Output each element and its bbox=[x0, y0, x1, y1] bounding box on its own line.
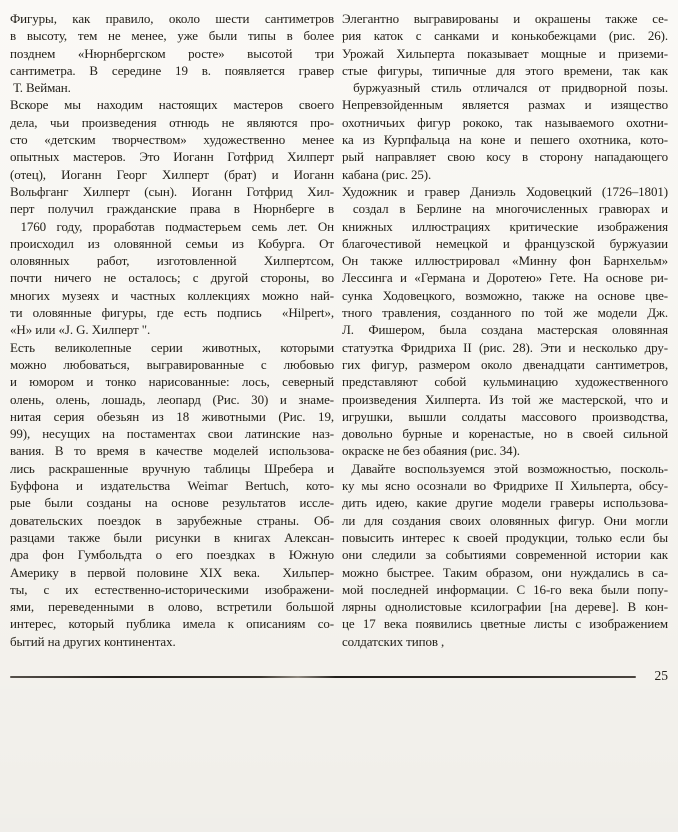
text-line: Он также иллюстрировал «Минну фон Барнхе… bbox=[342, 252, 668, 269]
text-line: солдатских типов , bbox=[342, 633, 668, 650]
text-line: сантиметра. В середине 19 в. появляется … bbox=[10, 62, 334, 79]
text-line: благочестивой немецкой и французской бур… bbox=[342, 235, 668, 252]
text-column-right: Элегантно выгравированы и окрашены также… bbox=[342, 10, 668, 650]
text-line: представляют собой кульминацию художеств… bbox=[342, 373, 668, 390]
text-line: буржуазный стиль отличался от придворной… bbox=[342, 79, 668, 96]
text-line: вания. В то время в качестве моделей исп… bbox=[10, 442, 334, 459]
text-line: ку мы ясно осознали во Фридрихе II Хильп… bbox=[342, 477, 668, 494]
text-line: они следили за событиями современной ист… bbox=[342, 546, 668, 563]
text-line: можно любоваться, выгравированные с любо… bbox=[10, 356, 334, 373]
text-line: дра фон Гумбольдта о его поездках в Южну… bbox=[10, 546, 334, 563]
text-line: рые были созданы на основе результатов и… bbox=[10, 494, 334, 511]
book-page: Фигуры, как правило, около шести сантиме… bbox=[0, 0, 678, 832]
text-line: довольно бурные и коренастые, но в своей… bbox=[342, 425, 668, 442]
text-line: Вольфганг Хилперт (сын). Иоганн Готфрид … bbox=[10, 183, 334, 200]
text-line: Америку в первой половине XIX века. Хиль… bbox=[10, 564, 334, 581]
text-line: довательских поездок в зарубежные страны… bbox=[10, 512, 334, 529]
text-line: (отец), Иоганн Георг Хилперт (брат) и Ио… bbox=[10, 166, 334, 183]
text-line: опытных мастеров. Это Иоганн Готфрид Хил… bbox=[10, 148, 334, 165]
text-line: стые фигуры, типичные для этого времени,… bbox=[342, 62, 668, 79]
text-line: мой последней информации. С 16-го века б… bbox=[342, 581, 668, 598]
text-line: перт получил гражданские права в Нюрнбер… bbox=[10, 200, 334, 217]
text-line: почти ничего не осталось; с другой сторо… bbox=[10, 269, 334, 286]
text-line: Буффона и издательства Weimar Bertuch, к… bbox=[10, 477, 334, 494]
text-line: Есть великолепные серии животных, которы… bbox=[10, 339, 334, 356]
text-line: рый направляет свою косу в сторону напад… bbox=[342, 148, 668, 165]
text-line: Фигуры, как правило, около шести сантиме… bbox=[10, 10, 334, 27]
text-line: Непревзойденным является размах и изящес… bbox=[342, 96, 668, 113]
text-line: Элегантно выгравированы и окрашены также… bbox=[342, 10, 668, 27]
text-line: окраске не без обаяния (рис. 34). bbox=[342, 442, 668, 459]
text-line: ями, переведенными в олово, встретили бо… bbox=[10, 598, 334, 615]
text-line: повысить интерес к своей продукции, толь… bbox=[342, 529, 668, 546]
text-line: оловянных работ, изготовленной Хилпертсо… bbox=[10, 252, 334, 269]
text-line: ти оловянные фигуры, где есть подпись «H… bbox=[10, 304, 334, 321]
text-line: Давайте воспользуемся этой возможностью,… bbox=[342, 460, 668, 477]
text-line: охотничьих фигур рококо, так называемого… bbox=[342, 114, 668, 131]
text-line: дить идею, какие другие модели граверы и… bbox=[342, 494, 668, 511]
text-line: ли для создания своих оловянных фигур. О… bbox=[342, 512, 668, 529]
text-line: статуэтка Фридриха II (рис. 28). Эти и н… bbox=[342, 339, 668, 356]
text-line: позднем «Нюрнбергском росте» высотой три bbox=[10, 45, 334, 62]
text-line: игрушки, вышли солдаты массового произво… bbox=[342, 408, 668, 425]
text-line: Т. Вейман. bbox=[10, 79, 334, 96]
text-line: нитая серия обезьян из 18 животными (Рис… bbox=[10, 408, 334, 425]
text-line: гих фигур, размером около двенадцати сан… bbox=[342, 356, 668, 373]
text-line: сто «детским творчеством» художественно … bbox=[10, 131, 334, 148]
text-line: тного травления, созданного по той же мо… bbox=[342, 304, 668, 321]
text-line: происходил из оловянной семьи из Кобурга… bbox=[10, 235, 334, 252]
text-line: интерес, который публика имела к описани… bbox=[10, 615, 334, 632]
text-line: можно быстрее. Таким образом, они нуждал… bbox=[342, 564, 668, 581]
text-line: сунка Ходовецкого, возможно, также на ос… bbox=[342, 287, 668, 304]
text-line: Художник и гравер Даниэль Ходовецкий (17… bbox=[342, 183, 668, 200]
text-line: лись раскрашенные вручную таблицы Шребер… bbox=[10, 460, 334, 477]
text-line: произведения Хилперта. Из той же мастерс… bbox=[342, 391, 668, 408]
text-line: Вскоре мы находим настоящих мастеров сво… bbox=[10, 96, 334, 113]
text-line: и юмором и тонко нарисованные: лось, сев… bbox=[10, 373, 334, 390]
text-line: ты, с их естественно-историческими изобр… bbox=[10, 581, 334, 598]
footer-rule bbox=[10, 676, 636, 678]
text-line: лярны однолистовые ксилографии [на дерев… bbox=[342, 598, 668, 615]
text-line: олень, олень, лошадь, леопард (Рис. 30) … bbox=[10, 391, 334, 408]
text-column-left: Фигуры, как правило, около шести сантиме… bbox=[10, 10, 334, 650]
page-number: 25 bbox=[640, 668, 668, 684]
text-line: книжных иллюстрациях критические изображ… bbox=[342, 218, 668, 235]
text-line: дела, чьи произведения отнюдь не являютс… bbox=[10, 114, 334, 131]
text-line: Урожай Хильперта показывает мощные и при… bbox=[342, 45, 668, 62]
text-line: ка из Курпфальца на коне и пешего охотни… bbox=[342, 131, 668, 148]
text-line: Л. Фишером, была создана мастерская олов… bbox=[342, 321, 668, 338]
text-line: 99), несущих на постаментах свои латинск… bbox=[10, 425, 334, 442]
text-line: Лессинга и «Германа и Доротею» Гете. На … bbox=[342, 269, 668, 286]
text-line: 1760 году, проработав подмастерьем семь … bbox=[10, 218, 334, 235]
text-line: бытий на других континентах. bbox=[10, 633, 334, 650]
text-line: «Н» или «J. G. Хилперт ". bbox=[10, 321, 334, 338]
text-line: многих музеях и частных коллекциях можно… bbox=[10, 287, 334, 304]
text-line: разцами также были рисунки в книгах Алек… bbox=[10, 529, 334, 546]
text-line: создал в Берлине на многочисленных гравю… bbox=[342, 200, 668, 217]
text-line: це 17 века появились цветные листы с изо… bbox=[342, 615, 668, 632]
text-line: кабана (рис. 25). bbox=[342, 166, 668, 183]
text-line: в высоту, тем не менее, уже были типы в … bbox=[10, 27, 334, 44]
text-line: рия каток с санками и конькобежцами (рис… bbox=[342, 27, 668, 44]
